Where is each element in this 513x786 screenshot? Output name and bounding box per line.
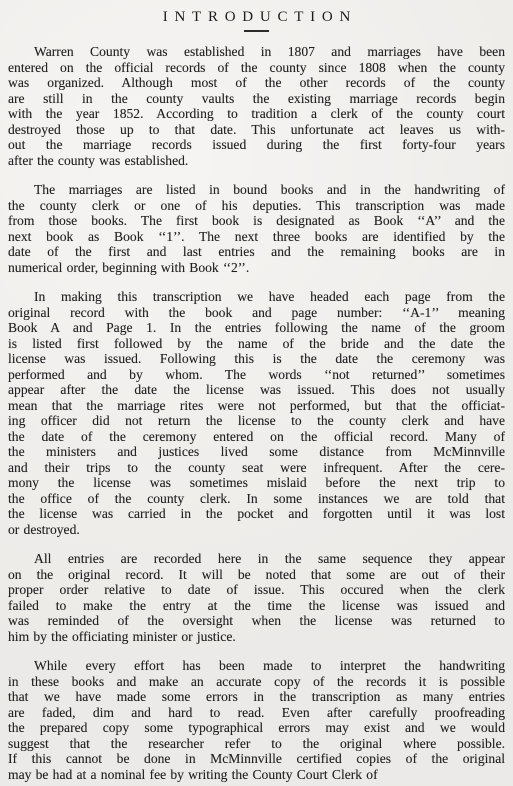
- text-line: the county clerk or one of his deputies.…: [8, 198, 505, 214]
- paragraph: The marriages are listed in bound books …: [8, 182, 505, 275]
- paragraph: In making this transcription we have hea…: [8, 289, 505, 537]
- text-line: appear after the date the license was is…: [8, 382, 505, 398]
- text-line: In making this transcription we have hea…: [8, 289, 505, 305]
- text-line: the prepared copy some typographical err…: [8, 720, 505, 736]
- text-line: are still in the county vaults the exist…: [8, 91, 505, 107]
- text-line: was reminded of the oversight when the l…: [8, 613, 505, 629]
- paragraphs: Warren County was established in 1807 an…: [8, 44, 505, 782]
- text-line: the office of the county clerk. In some …: [8, 491, 505, 507]
- text-line: The marriages are listed in bound books …: [8, 182, 505, 198]
- text-line: failed to make the entry at the time the…: [8, 598, 505, 614]
- text-line: performed and by whom. The words ‘‘not r…: [8, 367, 505, 383]
- text-line: next book as Book ‘‘1’’. The next three …: [8, 229, 505, 245]
- text-line: on the original record. It will be noted…: [8, 567, 505, 583]
- text-line: after the county was established.: [8, 153, 505, 169]
- text-line: mony the license was sometimes mislaid b…: [8, 475, 505, 491]
- text-line: date of the first and last entries and t…: [8, 244, 505, 260]
- text-line: the license was carried in the pocket an…: [8, 506, 505, 522]
- text-line: are faded, dim and hard to read. Even af…: [8, 705, 505, 721]
- paragraph: While every effort has been made to inte…: [8, 658, 505, 782]
- paragraph: Warren County was established in 1807 an…: [8, 44, 505, 168]
- text-line: in these books and make an accurate copy…: [8, 674, 505, 690]
- text-line: and their trips to the county seat were …: [8, 460, 505, 476]
- text-line: suggest that the researcher refer to the…: [8, 736, 505, 752]
- text-line: Warren County was established in 1807 an…: [8, 44, 505, 60]
- text-line: mean that the marriage rites were not pe…: [8, 398, 505, 414]
- text-line: All entries are recorded here in the sam…: [8, 551, 505, 567]
- text-line: ing officer did not return the license t…: [8, 413, 505, 429]
- page-title: INTRODUCTION: [8, 9, 505, 26]
- text-line: Book A and Page 1. In the entries follow…: [8, 320, 505, 336]
- paragraph: All entries are recorded here in the sam…: [8, 551, 505, 644]
- scanned-document-page: INTRODUCTION Warren County was establish…: [0, 0, 513, 786]
- text-line: While every effort has been made to inte…: [8, 658, 505, 674]
- text-line: out the marriage records issued during t…: [8, 137, 505, 153]
- text-line: If this cannot be done in McMinnville ce…: [8, 751, 505, 767]
- text-line: the date of the ceremony entered on the …: [8, 429, 505, 445]
- text-line: him by the officiating minister or justi…: [8, 629, 505, 645]
- text-line: is listed first followed by the name of …: [8, 336, 505, 352]
- text-line: license was issued. Following this is th…: [8, 351, 505, 367]
- text-line: with the year 1852. According to traditi…: [8, 106, 505, 122]
- text-line: the ministers and justices lived some di…: [8, 444, 505, 460]
- text-line: proper order relative to date of issue. …: [8, 582, 505, 598]
- text-line: numerical order, beginning with Book ‘‘2…: [8, 260, 505, 276]
- text-line: or destroyed.: [8, 522, 505, 538]
- title-underline: [244, 30, 269, 32]
- text-line: destroyed those up to that date. This un…: [8, 122, 505, 138]
- text-line: entered on the official records of the c…: [8, 60, 505, 76]
- text-line: that we have made some errors in the tra…: [8, 689, 505, 705]
- text-line: was organized. Although most of the othe…: [8, 75, 505, 91]
- text-line: may be had at a nominal fee by writing t…: [8, 767, 505, 783]
- text-line: original record with the book and page n…: [8, 305, 505, 321]
- text-line: from those books. The first book is desi…: [8, 213, 505, 229]
